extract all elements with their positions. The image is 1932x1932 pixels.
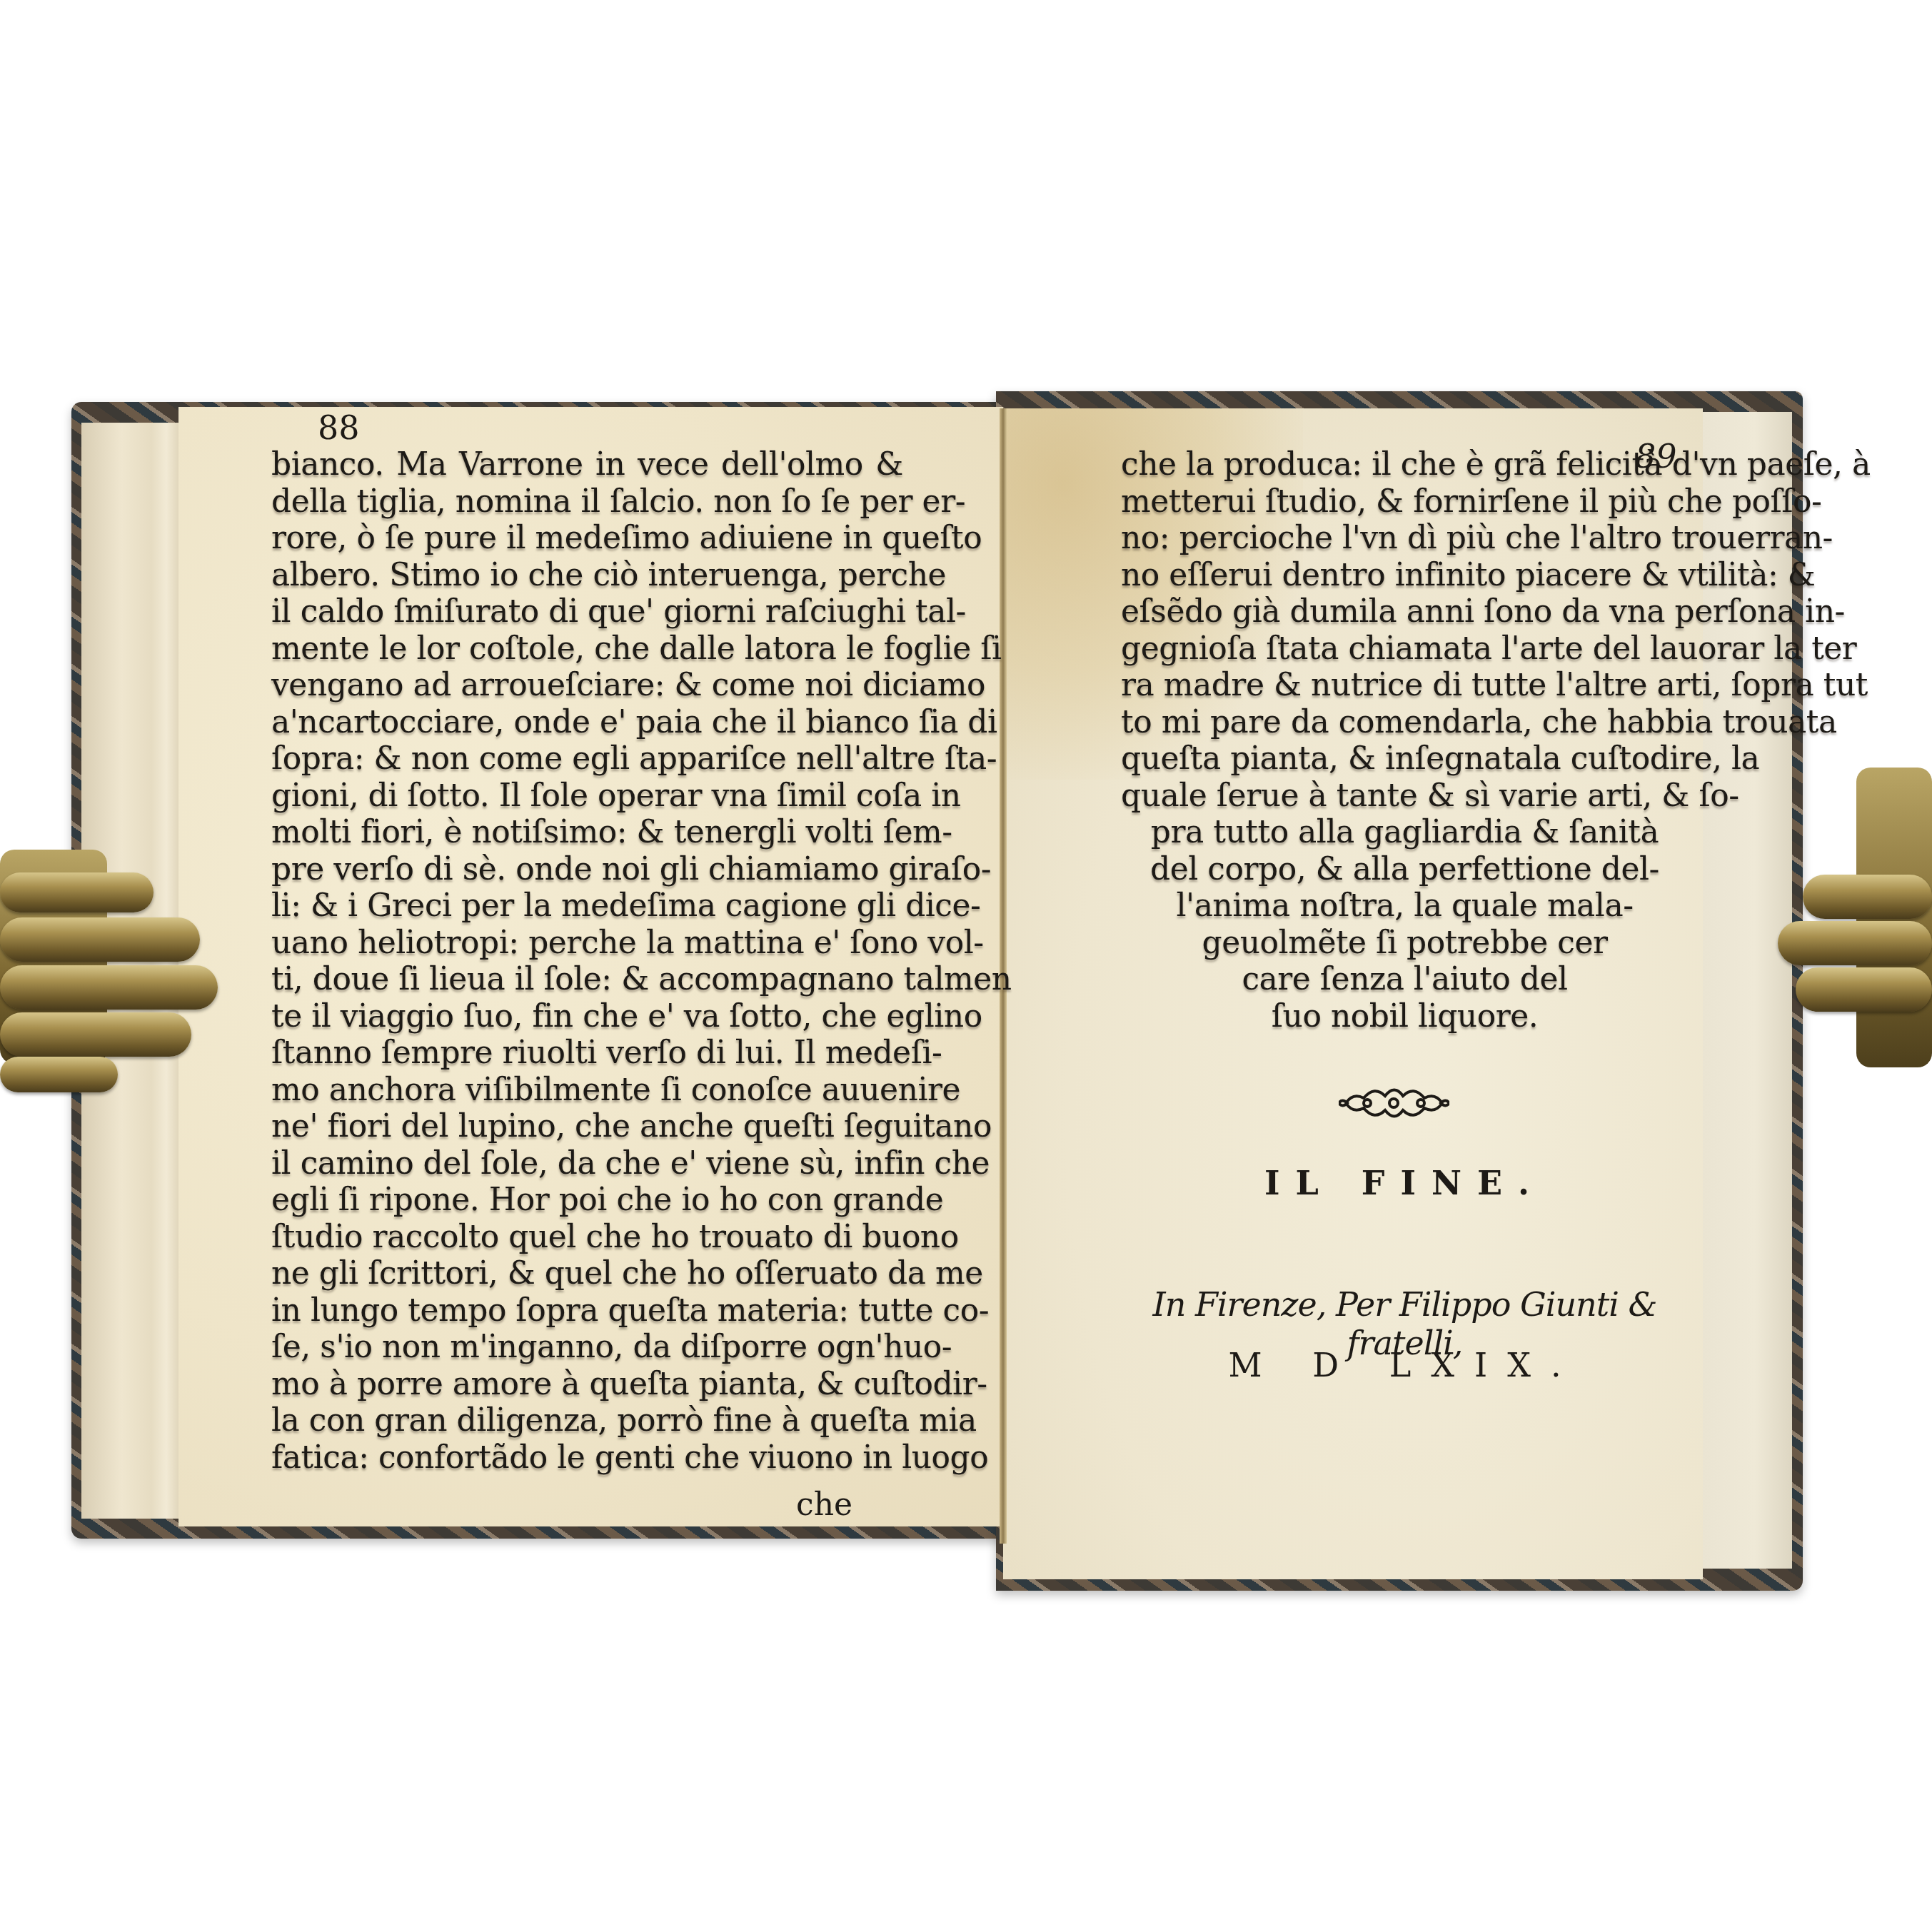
- text-line: no: percioche l'vn dì più che l'altro tr…: [1121, 520, 1689, 557]
- text-line: ra madre & nutrice di tutte l'altre arti…: [1121, 667, 1689, 704]
- text-line: queſta pianta, & inſegnatala cuſtodire, …: [1121, 740, 1689, 778]
- text-line: ſopra: & non come egli appariſce nell'al…: [271, 740, 903, 778]
- text-line: geuolmẽte ſi potrebbe cer: [1121, 925, 1689, 962]
- text-line: bianco. Ma Varrone in vece dell'olmo &: [271, 446, 903, 483]
- text-line: la con gran diligenza, porrò fine à queſ…: [271, 1402, 903, 1439]
- text-line: fatica: confortãdo le genti che viuono i…: [271, 1439, 903, 1476]
- text-line: mente le lor coſtole, che dalle latora l…: [271, 630, 903, 668]
- text-line: metterui ſtudio, & fornirſene il più che…: [1121, 483, 1689, 520]
- text-line: li: & i Greci per la medeſima cagione gl…: [271, 887, 903, 925]
- page-number-left: 88: [318, 408, 360, 447]
- text-line: ti, doue ſi lieua il ſole: & accompagnan…: [271, 961, 903, 998]
- text-line: mo anchora viſibilmente ſi conoſce auuen…: [271, 1072, 903, 1109]
- text-line: eſsẽdo già dumila anni ſono da vna perſo…: [1121, 593, 1689, 630]
- text-line: l'anima noſtra, la quale mala-: [1121, 887, 1689, 925]
- text-line: care ſenza l'aiuto del: [1121, 961, 1689, 998]
- imprint-year: M D LXIX.: [1121, 1346, 1689, 1384]
- text-line: mo à porre amore à queſta pianta, & cuſt…: [271, 1366, 903, 1403]
- text-line: molti fiori, è notiſsimo: & tenergli vol…: [271, 814, 903, 851]
- text-line: che la produca: il che è grã felicità d'…: [1121, 446, 1689, 483]
- text-line: del corpo, & alla perfettione del-: [1121, 851, 1689, 888]
- text-line: egli ſi ripone. Hor poi che io ho con gr…: [271, 1182, 903, 1219]
- text-line: pra tutto alla gagliardia & ſanità: [1121, 814, 1689, 851]
- text-line: ſtanno ſempre riuolti verſo di lui. Il m…: [271, 1035, 903, 1072]
- left-page-text: bianco. Ma Varrone in vece dell'olmo & d…: [271, 446, 903, 1476]
- text-line: no eſſerui dentro infinito piacere & vti…: [1121, 557, 1689, 594]
- text-line: ſtudio raccolto quel che ho trouato di b…: [271, 1219, 903, 1256]
- catchword: che: [796, 1486, 852, 1523]
- text-line: pre verſo di sè. onde noi gli chiamiamo …: [271, 851, 903, 888]
- text-line: a'ncartocciare, onde e' paia che il bian…: [271, 704, 903, 741]
- text-line: il camino del ſole, da che e' viene sù, …: [271, 1145, 903, 1182]
- text-line: ne gli ſcrittori, & quel che ho oſſeruat…: [271, 1255, 903, 1292]
- text-line: gegnioſa ſtata chiamata l'arte del lauor…: [1121, 630, 1689, 668]
- text-line: ſuo nobil liquore.: [1121, 998, 1689, 1035]
- text-line: rore, ò ſe pure il medeſimo adiuiene in …: [271, 520, 903, 557]
- book-photo: 88 bianco. Ma Varrone in vece dell'olmo …: [0, 0, 1932, 1932]
- text-line: ſe, s'io non m'inganno, da diſporre ogn'…: [271, 1329, 903, 1366]
- text-line: della tiglia, nomina il ſalcio. non ſo ſ…: [271, 483, 903, 520]
- text-line: il caldo ſmiſurato di que' giorni raſciu…: [271, 593, 903, 630]
- text-line: vengano ad arroueſciare: & come noi dici…: [271, 667, 903, 704]
- text-line: gioni, di ſotto. Il ſole operar vna ſimi…: [271, 778, 903, 815]
- fleuron-ornament-icon: [1339, 1078, 1449, 1128]
- text-line: te il viaggio ſuo, fin che e' va ſotto, …: [271, 998, 903, 1035]
- text-line: to mi pare da comendarla, che habbia tro…: [1121, 704, 1689, 741]
- text-line: albero. Stimo io che ciò interuenga, per…: [271, 557, 903, 594]
- text-line: in lungo tempo ſopra queſta materia: tut…: [271, 1292, 903, 1329]
- colophon-title: IL FINE.: [1121, 1164, 1689, 1202]
- text-line: quale ſerue à tante & sì varie arti, & ſ…: [1121, 778, 1689, 815]
- right-page-text: che la produca: il che è grã felicità d'…: [1121, 446, 1689, 1035]
- text-line: uano heliotropi: perche la mattina e' ſo…: [271, 925, 903, 962]
- text-line: ne' fiori del lupino, che anche queſti ſ…: [271, 1108, 903, 1145]
